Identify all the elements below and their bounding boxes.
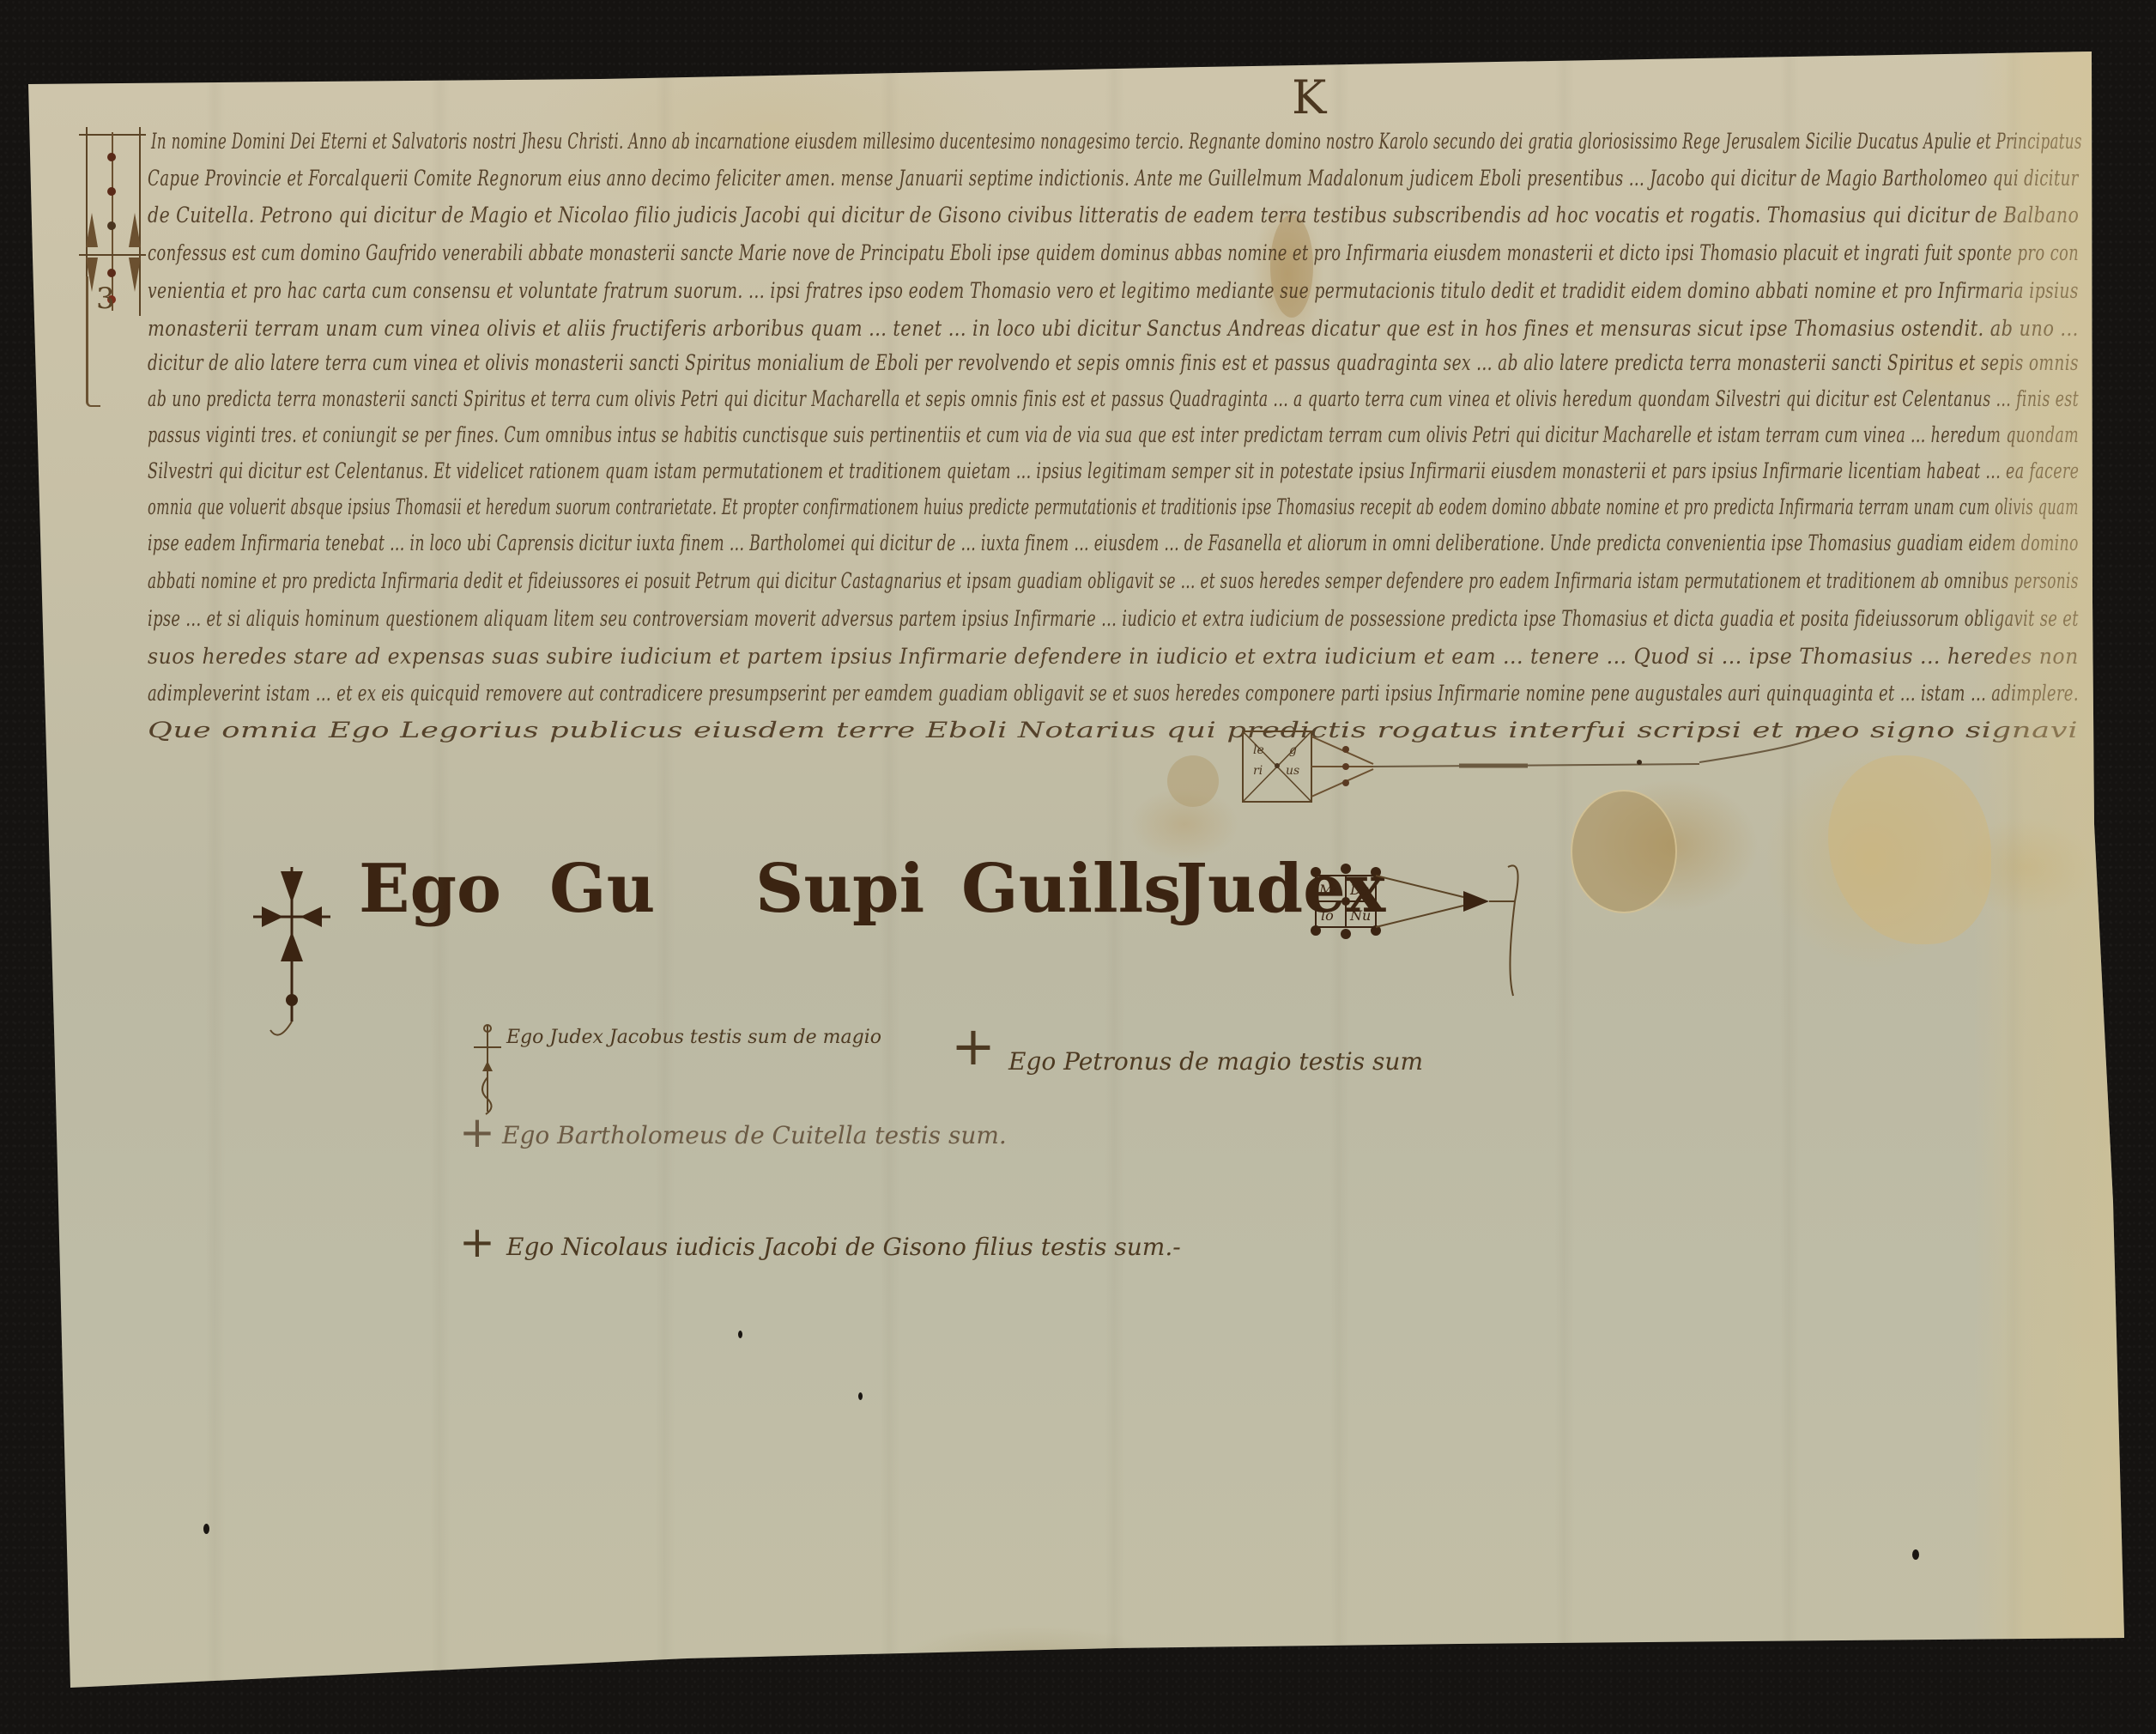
water-stain [1167, 755, 1219, 807]
text-line: abbati nomine et pro predicta Infirmaria… [148, 568, 2079, 593]
parchment-hole [203, 1524, 209, 1534]
witness-subscription: Ego Nicolaus iudicis Jacobi de Gisono fi… [506, 1233, 1181, 1261]
witness-cross-icon: + [459, 1217, 495, 1267]
text-line: ipse eadem Infirmaria tenebat ... in loc… [148, 531, 2079, 555]
svg-text:ri: ri [1253, 764, 1263, 778]
witness-cross-icon: + [951, 1015, 996, 1077]
judge-ego: Ego [359, 850, 501, 928]
judge-supradictus: Supi [755, 850, 924, 928]
svg-text:le: le [1253, 743, 1264, 757]
svg-text:us: us [1286, 764, 1299, 778]
judge-cross-icon [245, 850, 339, 1047]
text-line: Capue Provincie et Forcalquerii Comite R… [148, 166, 2079, 191]
svg-text:Da: Da [1349, 882, 1369, 898]
parchment-sheet: 3 K In nomine Domini Dei Eterni et Salva… [0, 0, 2156, 1734]
text-line: ab uno predicta terra monasterii sancti … [148, 386, 2079, 411]
svg-text:Nu: Nu [1349, 907, 1371, 924]
text-line: In nomine Domini Dei Eterni et Salvatori… [151, 129, 1439, 154]
notary-signum-icon: le g ri us [1236, 721, 1854, 815]
text-line: adimpleverint istam ... et ex eis quicqu… [148, 681, 2079, 706]
svg-text:lo: lo [1321, 907, 1334, 924]
top-capital-k: K [1292, 70, 1326, 124]
witness-subscription: Ego Judex Jacobus testis sum de magio [506, 1027, 881, 1048]
parchment-hole [858, 1392, 863, 1400]
text-line: venientia et pro hac carta cum consensu … [148, 278, 2079, 303]
text-line: monasterii terram unam cum vinea olivis … [148, 316, 2079, 341]
text-line: dicitur de alio latere terra cum vinea e… [148, 350, 2079, 375]
text-line: de Cuitella. Petrono qui dicitur de Magi… [148, 203, 2079, 227]
text-line: suos heredes stare ad expensas suas subi… [148, 644, 2079, 669]
text-line: ipse ... et si aliquis hominum questione… [148, 606, 2079, 631]
witness-cross-icon: + [459, 1107, 495, 1157]
text-line: omnia que voluerit absque ipsius Thomasi… [148, 494, 2079, 519]
svg-text:Ma: Ma [1318, 882, 1341, 898]
witness-subscription: Ego Petronus de magio testis sum [1008, 1047, 1423, 1076]
judge-name-initial: Gu [549, 850, 655, 928]
text-line: passus viginti tres. et coniungit se per… [148, 422, 2079, 447]
margin-mark: 3 [96, 282, 115, 316]
text-line: Silvestri qui dicitur est Celentanus. Et… [148, 458, 2079, 483]
witness-subscription: Ego Bartholomeus de Cuitella testis sum. [502, 1121, 1007, 1149]
witness-cross-flourish-icon [470, 1022, 505, 1116]
parchment-hole [738, 1331, 742, 1338]
text-line: confessus est cum domino Gaufrido venera… [148, 240, 2079, 265]
judge-guillelmus: Guills [961, 850, 1181, 928]
parchment-hole [1912, 1549, 1919, 1560]
svg-text:g: g [1289, 743, 1297, 757]
judge-signum-icon: Ma Da lo Nu [1309, 858, 1541, 1013]
